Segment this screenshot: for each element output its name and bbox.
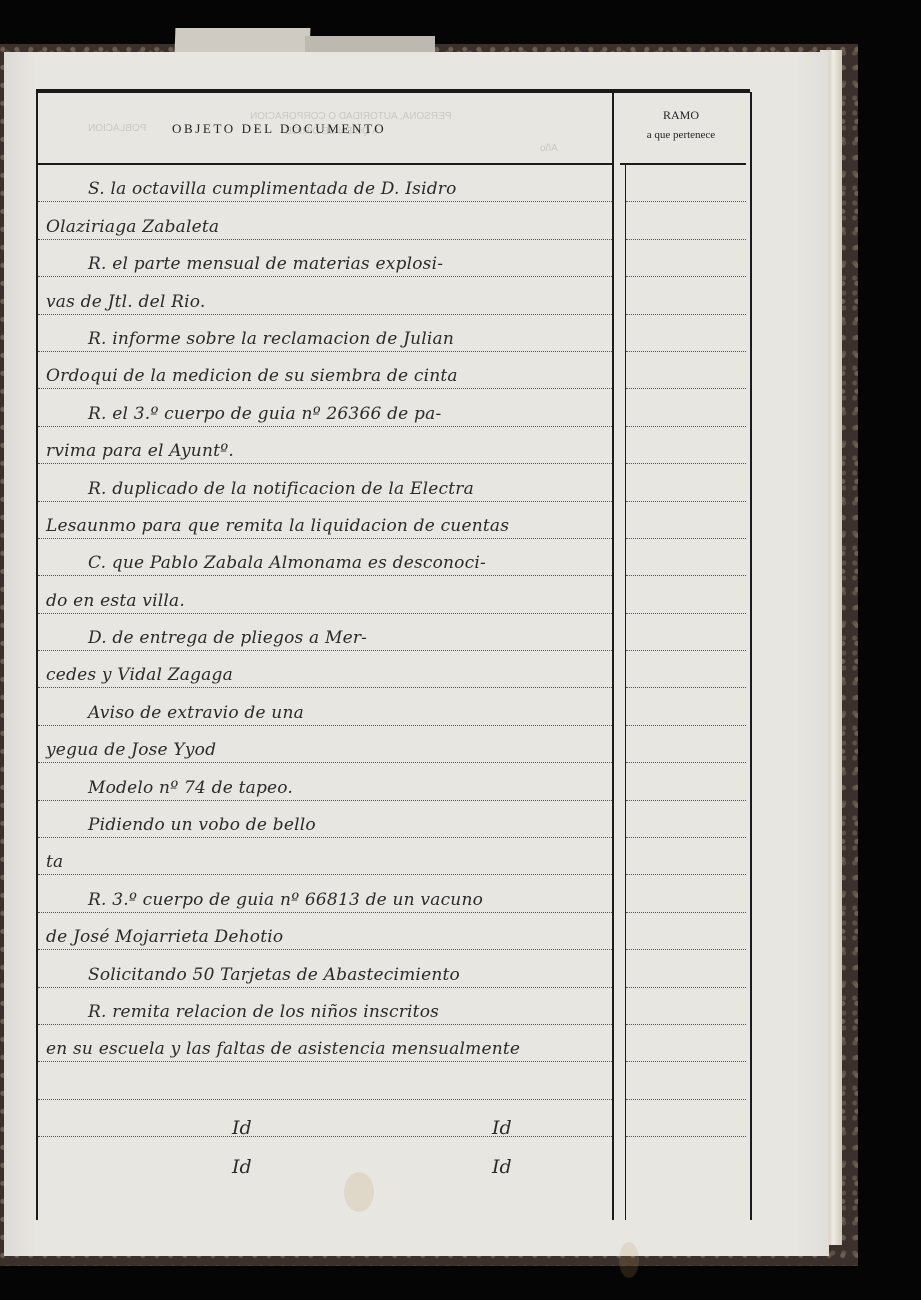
ramo-cell [626, 427, 746, 464]
ramo-cell [626, 389, 746, 426]
entry-row: C. que Pablo Zabala Almonama es desconoc… [38, 539, 612, 576]
entry-text: D. de entrega de pliegos a Mer- [88, 628, 367, 648]
entry-row: en su escuela y las faltas de asistencia… [38, 1025, 612, 1062]
ramo-cell [626, 352, 746, 389]
column-divider [612, 92, 614, 1220]
ramo-cell [626, 202, 746, 239]
entry-row: S. la octavilla cumplimentada de D. Isid… [38, 165, 612, 202]
entry-text: Ordoqui de la medicion de su siembra de … [46, 366, 458, 386]
entry-row: R. informe sobre la reclamacion de Julia… [38, 315, 612, 352]
entry-text: en su escuela y las faltas de asistencia… [46, 1039, 520, 1059]
idem-mark: Id [492, 1156, 512, 1178]
entry-text: Modelo nº 74 de tapeo. [88, 778, 293, 798]
ramo-cell [626, 539, 746, 576]
entry-row: R. remita relacion de los niños inscrito… [38, 988, 612, 1025]
ramo-column [626, 165, 746, 1137]
entry-text: S. la octavilla cumplimentada de D. Isid… [88, 179, 457, 199]
ramo-cell [626, 1062, 746, 1099]
entry-text: vas de Jtl. del Rio. [46, 292, 205, 312]
entry-text: ta [46, 852, 63, 872]
ramo-cell [626, 801, 746, 838]
entry-row: R. el parte mensual de materias explosi- [38, 240, 612, 277]
ramo-cell [626, 1025, 746, 1062]
ramo-cell [626, 838, 746, 875]
entry-row: Olaziriaga Zabaleta [38, 202, 612, 239]
entry-text: C. que Pablo Zabala Almonama es desconoc… [88, 553, 486, 573]
ramo-cell [626, 1100, 746, 1137]
ramo-cell [626, 651, 746, 688]
ramo-cell [626, 614, 746, 651]
entry-text: Aviso de extravio de una [88, 703, 304, 723]
entries-list: S. la octavilla cumplimentada de D. Isid… [38, 165, 612, 1137]
entry-text: R. el parte mensual de materias explosi- [88, 254, 443, 274]
entry-row [38, 1100, 612, 1137]
ramo-cell [626, 502, 746, 539]
entry-text: yegua de Jose Yyod [46, 740, 216, 760]
column-header-objeto: OBJETO DEL DOCUMENTO [172, 121, 386, 137]
entry-text: R. informe sobre la reclamacion de Julia… [88, 329, 454, 349]
entry-text: Solicitando 50 Tarjetas de Abastecimient… [88, 965, 460, 985]
entry-row: Ordoqui de la medicion de su siembra de … [38, 352, 612, 389]
entry-row: do en esta villa. [38, 576, 612, 613]
ramo-cell [626, 913, 746, 950]
torn-tab [305, 36, 435, 52]
ramo-cell [626, 277, 746, 314]
entry-row: de José Mojarrieta Dehotio [38, 913, 612, 950]
entry-row: Lesaunmo para que remita la liquidacion … [38, 502, 612, 539]
entry-text: R. 3.º cuerpo de guia nº 66813 de un vac… [88, 890, 483, 910]
entry-row: Modelo nº 74 de tapeo. [38, 763, 612, 800]
entry-text: cedes y Vidal Zagaga [46, 665, 233, 685]
entry-text: R. el 3.º cuerpo de guia nº 26366 de pa- [88, 404, 441, 424]
entry-row: R. el 3.º cuerpo de guia nº 26366 de pa- [38, 389, 612, 426]
entry-text: de José Mojarrieta Dehotio [46, 927, 283, 947]
entry-row: R. 3.º cuerpo de guia nº 66813 de un vac… [38, 875, 612, 912]
entry-text: R. remita relacion de los niños inscrito… [88, 1002, 439, 1022]
ramo-cell [626, 315, 746, 352]
entry-row: rvima para el Ayuntº. [38, 427, 612, 464]
entry-text: rvima para el Ayuntº. [46, 441, 234, 461]
ramo-cell [626, 950, 746, 987]
ramo-cell [626, 464, 746, 501]
entry-text: do en esta villa. [46, 591, 185, 611]
stain [619, 1242, 639, 1278]
entry-row: ta [38, 838, 612, 875]
idem-mark: Id [232, 1117, 252, 1139]
entry-row: Solicitando 50 Tarjetas de Abastecimient… [38, 950, 612, 987]
ramo-cell [626, 875, 746, 912]
entry-text: Lesaunmo para que remita la liquidacion … [46, 516, 509, 536]
entry-row: Aviso de extravio de una [38, 688, 612, 725]
entry-text: Olaziriaga Zabaleta [46, 217, 219, 237]
ramo-cell [626, 688, 746, 725]
column-header-ramo: RAMO [614, 108, 748, 123]
entry-row [38, 1062, 612, 1099]
entry-row: D. de entrega de pliegos a Mer- [38, 614, 612, 651]
ramo-cell [626, 576, 746, 613]
entry-row: vas de Jtl. del Rio. [38, 277, 612, 314]
torn-tab [175, 28, 311, 52]
entry-row: R. duplicado de la notificacion de la El… [38, 464, 612, 501]
entry-row: yegua de Jose Yyod [38, 726, 612, 763]
entry-text: Pidiendo un vobo de bello [88, 815, 316, 835]
ramo-cell [626, 240, 746, 277]
entry-text: R. duplicado de la notificacion de la El… [88, 479, 474, 499]
ramo-cell [626, 763, 746, 800]
entry-row: cedes y Vidal Zagaga [38, 651, 612, 688]
ramo-cell [626, 165, 746, 202]
ramo-cell [626, 988, 746, 1025]
idem-mark: Id [492, 1117, 512, 1139]
ramo-cell [626, 726, 746, 763]
idem-mark: Id [232, 1156, 252, 1178]
entry-row: Pidiendo un vobo de bello [38, 801, 612, 838]
column-header-ramo-subtitle: a que pertenece [614, 129, 748, 141]
